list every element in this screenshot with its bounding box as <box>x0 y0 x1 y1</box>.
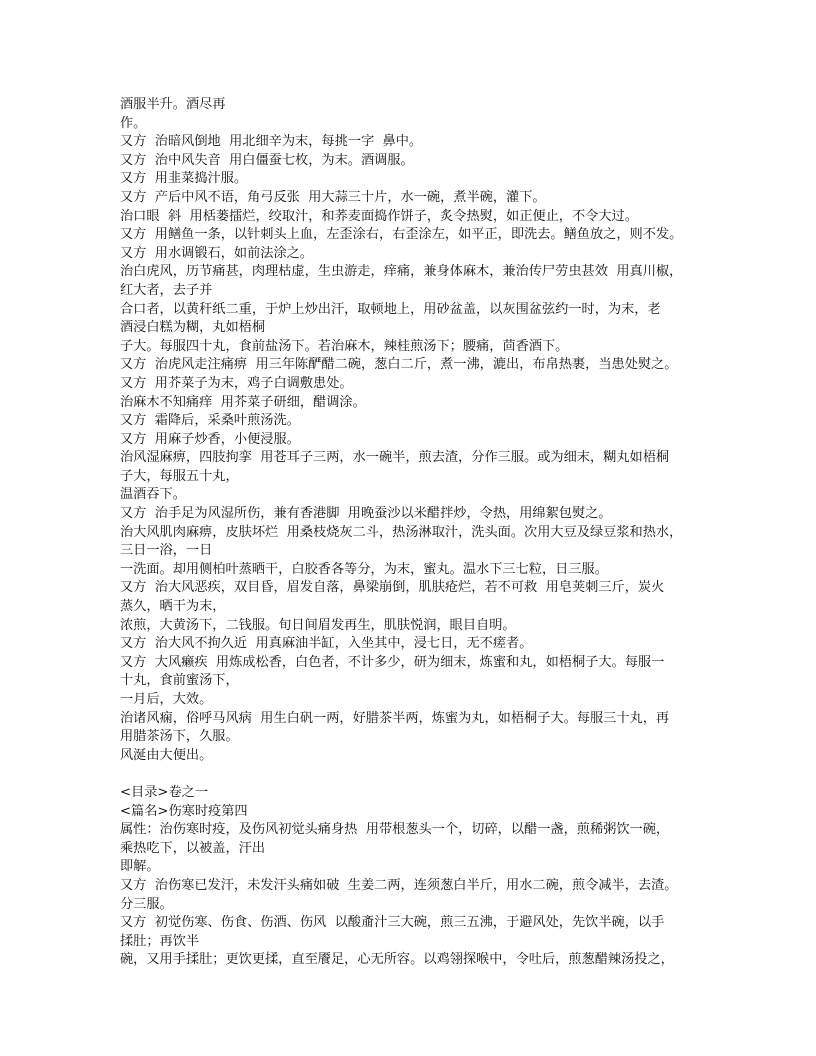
document-page: 酒服半升。酒尽再作。又方 治暗风倒地 用北细辛为末，每挑一字 鼻中。又方 治中风… <box>120 96 710 970</box>
text-line: 属性：治伤寒时疫，及伤风初觉头痛身热 用带根葱头一个，切碎，以醋一盏，煎稀粥饮一… <box>120 821 710 840</box>
text-line: 又方 产后中风不语，角弓反张 用大蒜三十片，水一碗，煮半碗，灌下。 <box>120 189 710 208</box>
text-line: 又方 用水调锻石，如前法涂之。 <box>120 245 710 264</box>
text-line: 酒服半升。酒尽再 <box>120 96 710 115</box>
text-line: 蒸久，晒干为末， <box>120 598 710 617</box>
text-line: 治风湿麻痹，四肢拘挛 用苍耳子三两，水一碗半，煎去渣，分作三服。或为细末，糊丸如… <box>120 449 710 468</box>
text-line: 子大，每服五十丸， <box>120 468 710 487</box>
text-line: 一洗面。却用侧柏叶蒸晒干，白胶香各等分，为末，蜜丸。温水下三七粒，日三服。 <box>120 561 710 580</box>
text-line: 合口者，以黄秆纸二重，于炉上炒出汗，取顿地上，用砂盆盖，以灰围盆弦约一时，为末，… <box>120 301 710 320</box>
text-line: 一月后，大效。 <box>120 691 710 710</box>
text-line: 又方 治中风失音 用白僵蚕七枚，为末。酒调服。 <box>120 152 710 171</box>
text-line: 风涎由大便出。 <box>120 747 710 766</box>
text-line <box>120 765 710 784</box>
text-line: 又方 治大风不拘久近 用真麻油半缸，入坐其中，浸七日，无不瘥者。 <box>120 635 710 654</box>
text-line: <目录>卷之一 <box>120 784 710 803</box>
text-line: 即解。 <box>120 858 710 877</box>
text-line: 碗，又用手揉肚；更饮更揉，直至餍足，心无所容。以鸡翎探喉中，令吐后，煎葱醋辣汤投… <box>120 951 710 970</box>
text-line: 又方 初觉伤寒、伤食、伤酒、伤风 以酸齑汁三大碗，煎三五沸，于避风处，先饮半碗，… <box>120 914 710 933</box>
text-line: 治白虎风，历节痛甚，肉理枯虚，生虫游走，痒痛，兼身体麻木，兼治传尸劳虫甚效 用真… <box>120 263 710 282</box>
text-line: 治口眼 斜 用栝蒌擂烂，绞取汁，和荞麦面捣作饼子，炙令热熨，如正便止，不令大过。 <box>120 208 710 227</box>
text-line: 三日一浴，一日 <box>120 542 710 561</box>
text-line: 十丸，食前蜜汤下， <box>120 672 710 691</box>
text-line: 作。 <box>120 115 710 134</box>
text-line: 又方 治暗风倒地 用北细辛为末，每挑一字 鼻中。 <box>120 133 710 152</box>
text-line: 分三服。 <box>120 896 710 915</box>
text-line: 又方 大风癞疾 用炼成松香，白色者，不计多少，研为细末，炼蜜和丸，如梧桐子大。每… <box>120 654 710 673</box>
text-line: 又方 治手足为风湿所伤，兼有香港脚 用晚蚕沙以米醋拌炒，令热，用绵絮包熨之。 <box>120 505 710 524</box>
text-line: 治麻木不知痛痒 用芥菜子研细，醋调涂。 <box>120 394 710 413</box>
text-line: 治大风肌肉麻痹，皮肤坏烂 用桑枝烧灰二斗，热汤淋取汁，洗头面。次用大豆及绿豆浆和… <box>120 524 710 543</box>
text-line: 又方 用芥菜子为末，鸡子白调敷患处。 <box>120 375 710 394</box>
text-line: 浓煎，大黄汤下，二钱服。旬日间眉发再生，肌肤悦润，眼目自明。 <box>120 617 710 636</box>
text-line: 又方 治大风恶疾，双目昏，眉发自落，鼻梁崩倒，肌肤疮烂，若不可救 用皂荚刺三斤，… <box>120 579 710 598</box>
text-line: <篇名>伤寒时疫第四 <box>120 803 710 822</box>
text-line: 乘热吃下，以被盖，汗出 <box>120 840 710 859</box>
text-line: 酒浸白糕为糊，丸如梧桐 <box>120 319 710 338</box>
text-line: 又方 治伤寒已发汗，未发汗头痛如破 生姜二两，连须葱白半斤，用水二碗，煎令减半，… <box>120 877 710 896</box>
text-line: 又方 用韭菜捣汁服。 <box>120 170 710 189</box>
text-line: 温酒吞下。 <box>120 486 710 505</box>
text-line: 又方 治虎风走注痛痹 用三年陈酽醋二碗，葱白二斤，煮一沸，漉出，布帛热裹，当患处… <box>120 356 710 375</box>
text-line: 揉肚；再饮半 <box>120 933 710 952</box>
text-line: 用腊茶汤下，久服。 <box>120 728 710 747</box>
text-line: 又方 霜降后，采桑叶煎汤洗。 <box>120 412 710 431</box>
text-line: 红大者，去子并 <box>120 282 710 301</box>
text-line: 又方 用麻子炒香，小便浸服。 <box>120 431 710 450</box>
text-line: 子大。每服四十丸，食前盐汤下。若治麻木，辣桂煎汤下；腰痛，茴香酒下。 <box>120 338 710 357</box>
text-line: 治诸风痫，俗呼马风病 用生白矾一两，好腊茶半两，炼蜜为丸，如梧桐子大。每服三十丸… <box>120 710 710 729</box>
text-line: 又方 用鳝鱼一条，以针刺头上血，左歪涂右，右歪涂左，如平正，即洗去。鳝鱼放之，则… <box>120 226 710 245</box>
